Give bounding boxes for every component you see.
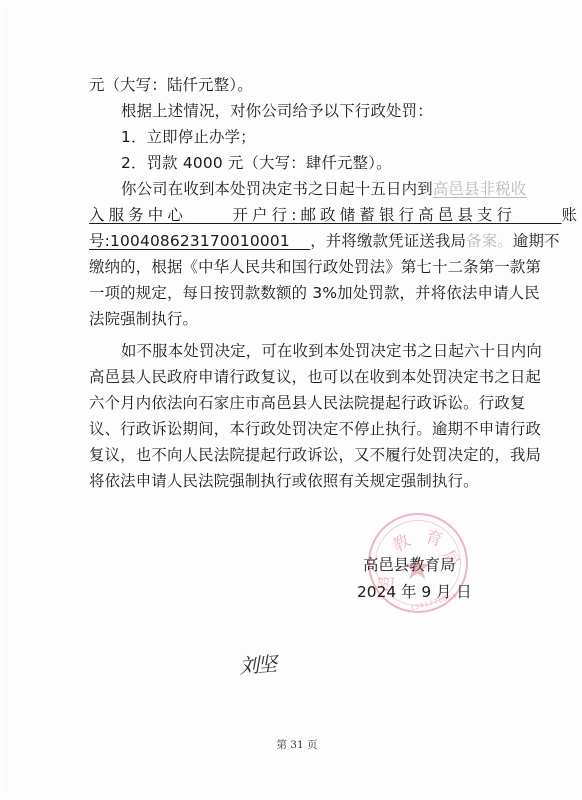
payment-line-5: 一项的规定，每日按罚款数额的 3%加处罚款，并将依法申请人民 <box>89 283 540 303</box>
appeal-line-6: 将依法申请人民法院强制执行或依照有关规定强制执行。 <box>89 471 479 491</box>
scan-edge <box>6 10 7 790</box>
handwritten-signature: 刘坚 <box>238 648 276 679</box>
bank-label: 开户行:邮政储蓄银行高邑县支行 <box>232 206 516 224</box>
faded-text: 备案。 <box>466 232 513 250</box>
text-line-amount-capital: 元（大写：陆仟元整）。 <box>89 75 253 95</box>
issue-date: 2024 年 9 月 日 <box>357 580 472 602</box>
document-page: 元（大写：陆仟元整）。 根据上述情况，对你公司给予以下行政处罚： 1．立即停止办… <box>0 0 582 800</box>
appeal-line-1: 如不服本处罚决定，可在收到本处罚决定书之日起六十日内向 <box>121 341 542 361</box>
penalty-item-1: 1．立即停止办学； <box>121 127 256 147</box>
appeal-line-4: 议、行政诉讼期间，本行政处罚决定不停止执行。逾期不申请行政 <box>89 419 541 439</box>
penalty-item-2: 2．罚款 4000 元（大写：肆仟元整）。 <box>121 153 392 173</box>
payment-line-2: 入服务中心 开户行:邮政储蓄银行高邑县支行 账 <box>89 205 581 225</box>
text-line-penalty-intro: 根据上述情况，对你公司给予以下行政处罚： <box>121 101 433 121</box>
payee-name-start: 高邑县非税收 <box>433 180 527 198</box>
payee-name-end: 入服务中心 开户行:邮政储蓄银行高邑县支行 <box>89 206 562 224</box>
issuer-name: 高邑县教育局 <box>363 553 455 575</box>
appeal-line-5: 复议，也不向人民法院提起行政诉讼，又不履行处罚决定的，我局 <box>89 445 541 465</box>
account-number: 号:100408623170010001 <box>89 232 310 250</box>
appeal-line-3: 六个月内依法向石家庄市高邑县人民法院提起行政诉讼。行政复 <box>89 393 526 413</box>
payment-instruction: 你公司在收到本处罚决定书之日起十五日内到 <box>121 180 433 198</box>
payment-voucher-instruction: ，并将缴款凭证送我局 <box>310 232 466 250</box>
payment-line-1: 你公司在收到本处罚决定书之日起十五日内到高邑县非税收 <box>121 179 526 199</box>
overdue-text: 逾期不 <box>513 232 560 250</box>
payment-line-3: 号:100408623170010001 ，并将缴款凭证送我局备案。逾期不 <box>89 231 560 251</box>
payment-line-4: 缴纳的，根据《中华人民共和国行政处罚法》第七十二条第一款第 <box>89 257 541 277</box>
payment-line-6: 法院强制执行。 <box>89 309 198 329</box>
appeal-line-2: 高邑县人民政府申请行政复议，也可以在收到本处罚决定书之日起 <box>89 367 541 387</box>
page-number: 第 31 页 <box>0 737 582 752</box>
account-label: 账 <box>562 206 582 224</box>
